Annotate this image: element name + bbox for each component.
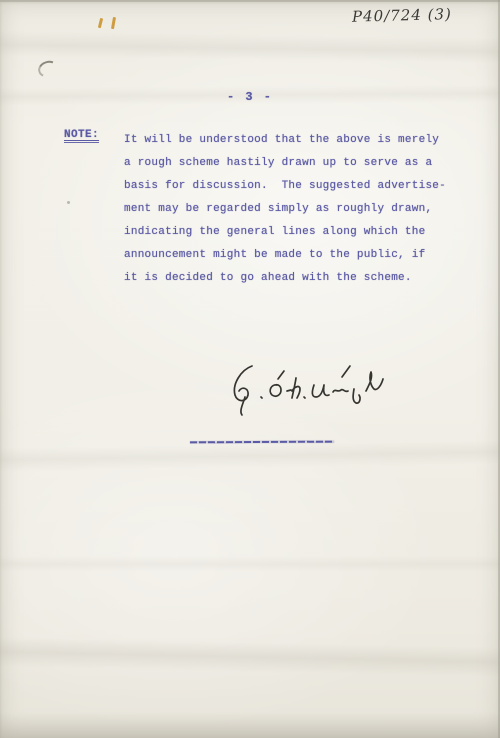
- orange-pencil-tick: [98, 18, 103, 28]
- paper-crease: [0, 556, 500, 572]
- scanned-document-page: P40/724 (3) - 3 - NOTE: It will be under…: [0, 0, 500, 738]
- note-line: indicating the general lines along which…: [124, 221, 454, 244]
- note-line: It will be understood that the above is …: [124, 129, 454, 152]
- note-paragraph: It will be understood that the above is …: [124, 129, 454, 290]
- note-line: a rough scheme hastily drawn up to serve…: [124, 152, 454, 175]
- file-reference-handwritten: P40/724 (3): [352, 4, 482, 25]
- orange-pencil-tick: [111, 17, 116, 29]
- note-line: ment may be regarded simply as roughly d…: [124, 198, 454, 221]
- note-line: it is decided to go ahead with the schem…: [124, 267, 454, 290]
- paper-edge-shadow: [0, 0, 500, 2]
- note-label: NOTE:: [64, 129, 99, 143]
- paper-crease: [0, 440, 500, 472]
- note-line: announcement might be made to the public…: [124, 244, 454, 267]
- page-number: - 3 -: [0, 90, 500, 104]
- note-line: basis for discussion. The suggested adve…: [124, 175, 454, 198]
- signature-handwriting: [228, 350, 400, 418]
- paper-crease: [0, 712, 500, 738]
- punch-hole-mark: [36, 58, 60, 79]
- paper-crease: [0, 637, 500, 678]
- typed-rule-line: [190, 441, 334, 444]
- paper-speck: [67, 201, 70, 204]
- paper-crease: [0, 30, 500, 63]
